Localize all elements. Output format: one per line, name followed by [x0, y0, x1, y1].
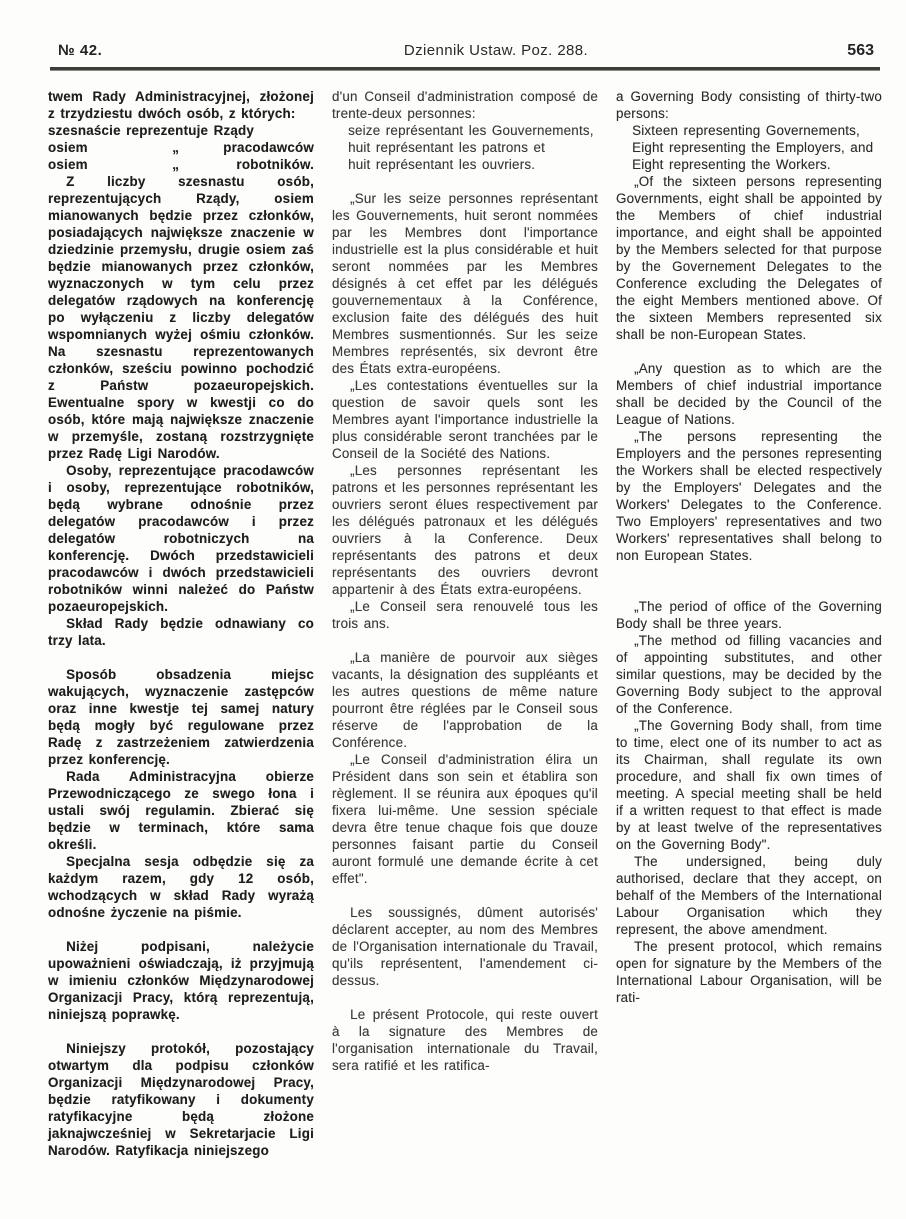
en-paragraph-intro: a Governing Body consisting of thirty-tw…	[616, 88, 882, 122]
fr-paragraph: „Les personnes représentant les patrons …	[332, 462, 598, 598]
fr-paragraph: Les soussignés, dûment autorisés' déclar…	[332, 904, 598, 989]
pl-list-row-group: pracodawców	[208, 139, 314, 156]
pl-list-row-group: robotników.	[208, 156, 314, 173]
en-list-item: Eight representing the Employers, and	[616, 139, 882, 156]
en-list-item: Eight representing the Workers.	[616, 156, 882, 173]
pl-list-row: osiem „ robotników.	[48, 156, 314, 173]
pl-paragraph: Z liczby szesnastu osób, reprezentującyc…	[48, 173, 314, 462]
pl-list-row-count: osiem	[48, 139, 144, 156]
en-list-item: Sixteen representing Governements,	[616, 122, 882, 139]
en-paragraph: The present protocol, which remains open…	[616, 938, 882, 1006]
fr-paragraph: „Le Conseil sera renouvelé tous les troi…	[332, 598, 598, 632]
fr-list-item: seize représentant les Gouvernements,	[332, 122, 598, 139]
pl-paragraph: Skład Rady będzie odnawiany co trzy lata…	[48, 615, 314, 649]
en-paragraph: The undersigned, being duly authorised, …	[616, 853, 882, 938]
document-page: № 42. Dziennik Ustaw. Poz. 288. 563 twem…	[0, 0, 906, 1219]
column-english: a Governing Body consisting of thirty-tw…	[616, 88, 882, 1159]
pl-list-header: szesnaście reprezentuje Rządy	[48, 122, 314, 139]
pl-paragraph: Osoby, reprezentujące pracodawców i osob…	[48, 462, 314, 615]
fr-paragraph-intro: d'un Conseil d'administration composé de…	[332, 88, 598, 122]
ditto-mark: „	[144, 139, 208, 156]
pl-paragraph: Niżej podpisani, należycie upoważnieni o…	[48, 938, 314, 1023]
pl-list-row: osiem „ pracodawców	[48, 139, 314, 156]
en-paragraph: „The method od filling vacancies and of …	[616, 632, 882, 717]
pl-paragraph: Specjalna sesja odbędzie się za każdym r…	[48, 853, 314, 921]
column-french: d'un Conseil d'administration composé de…	[332, 88, 598, 1159]
pl-list-row-count: osiem	[48, 156, 144, 173]
fr-list-item: huit représentant les patrons et	[332, 139, 598, 156]
fr-paragraph: Le présent Protocole, qui reste ouvert à…	[332, 1006, 598, 1074]
pl-paragraph: Sposób obsadzenia miejsc wakujących, wyz…	[48, 666, 314, 768]
page-number: 563	[814, 42, 874, 60]
en-paragraph: „The Governing Body shall, from time to …	[616, 717, 882, 853]
column-polish: twem Rady Administracyjnej, złożonej z t…	[48, 88, 314, 1159]
pl-paragraph: Rada Administracyjna obierze Przewodnicz…	[48, 768, 314, 853]
fr-paragraph: „Le Conseil d'administration élira un Pr…	[332, 751, 598, 887]
ditto-mark: „	[144, 156, 208, 173]
issue-number: № 42.	[58, 42, 178, 59]
fr-paragraph: „Les contestations éventuelles sur la qu…	[332, 377, 598, 462]
page-header: № 42. Dziennik Ustaw. Poz. 288. 563	[48, 42, 882, 67]
fr-paragraph: „La manière de pourvoir aux sièges vacan…	[332, 649, 598, 751]
pl-paragraph-intro: twem Rady Administracyjnej, złożonej z t…	[48, 88, 314, 122]
document-body: twem Rady Administracyjnej, złożonej z t…	[48, 88, 882, 1159]
en-paragraph: „The persons representing the Employers …	[616, 428, 882, 564]
fr-paragraph: „Sur les seize personnes représentant le…	[332, 190, 598, 377]
en-paragraph: „The period of office of the Governing B…	[616, 598, 882, 632]
en-paragraph: „Any question as to which are the Member…	[616, 360, 882, 428]
en-paragraph: „Of the sixteen persons representing Gov…	[616, 173, 882, 343]
fr-list-item: huit représentant les ouvriers.	[332, 156, 598, 173]
pl-paragraph: Niniejszy protokół, pozostający otwartym…	[48, 1040, 314, 1159]
journal-title: Dziennik Ustaw. Poz. 288.	[178, 42, 814, 59]
header-rule	[50, 67, 880, 71]
